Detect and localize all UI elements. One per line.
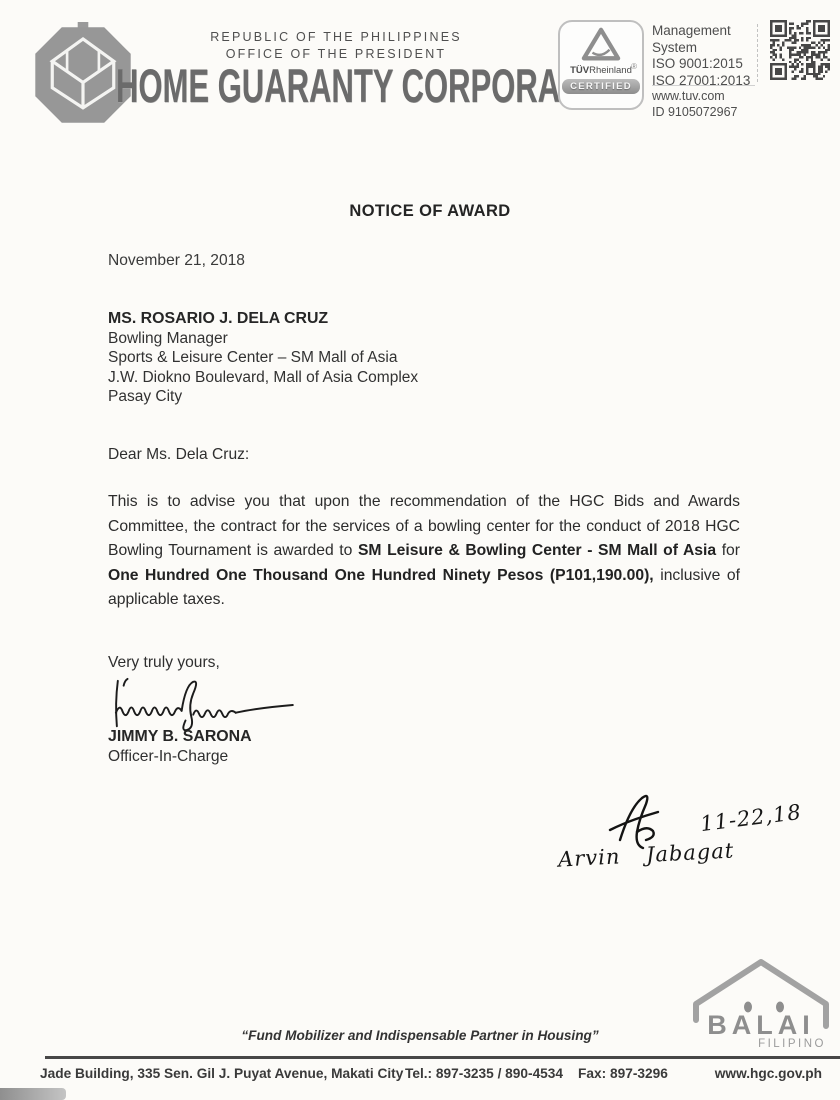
notice-of-award-letter: REPUBLIC OF THE PHILIPPINES OFFICE OF TH… <box>0 0 840 1100</box>
scan-artifact <box>0 1088 66 1100</box>
recipient-address-2: J.W. Diokno Boulevard, Mall of Asia Comp… <box>108 368 418 388</box>
footer-website: www.hgc.gov.ph <box>715 1066 822 1081</box>
letter-title: NOTICE OF AWARD <box>349 202 510 221</box>
badge-underline <box>652 85 755 86</box>
letter-date: November 21, 2018 <box>108 252 245 270</box>
recipient-block: MS. ROSARIO J. DELA CRUZ Bowling Manager… <box>108 309 418 407</box>
recipient-name: MS. ROSARIO J. DELA CRUZ <box>108 309 418 329</box>
tuv-certified-badge: ® TÜVRheinland CERTIFIED <box>558 20 644 110</box>
award-amount: One Hundred One Thousand One Hundred Nin… <box>108 567 654 584</box>
awardee-name: SM Leisure & Bowling Center - SM Mall of… <box>358 542 716 559</box>
footer-phone: Tel.: 897-3235 / 890-4534Fax: 897-3296 <box>405 1066 668 1081</box>
tuv-brand-label: TÜVRheinland <box>570 65 632 76</box>
org-wordmark: HOME GUARANTY CORPORATION <box>116 58 632 113</box>
salutation: Dear Ms. Dela Cruz: <box>108 446 249 464</box>
tuv-triangle-icon <box>579 26 623 64</box>
badge-divider <box>757 24 758 82</box>
recipient-position: Bowling Manager <box>108 329 418 349</box>
handwritten-name: Arvin Jabagat <box>557 838 734 871</box>
signer-name: JIMMY B. SARONA <box>108 728 252 746</box>
signature-icon <box>100 676 300 734</box>
qr-code-icon <box>770 20 830 80</box>
footer-address: Jade Building, 335 Sen. Gil J. Puyat Ave… <box>40 1066 403 1081</box>
recipient-address-1: Sports & Leisure Center – SM Mall of Asi… <box>108 348 418 368</box>
recipient-address-3: Pasay City <box>108 387 418 407</box>
handwritten-date: 11-22,18 <box>699 800 803 836</box>
company-tagline: “Fund Mobilizer and Indispensable Partne… <box>0 1028 840 1043</box>
footer-divider <box>45 1056 840 1059</box>
signer-title: Officer-In-Charge <box>108 748 228 766</box>
letter-body: This is to advise you that upon the reco… <box>108 490 740 613</box>
footer-fax: Fax: 897-3296 <box>578 1066 668 1081</box>
registered-mark: ® <box>631 62 637 71</box>
tuv-contact-text: www.tuv.com ID 9105072967 <box>652 89 738 120</box>
closing-line: Very truly yours, <box>108 654 220 672</box>
iso-certification-text: Management System ISO 9001:2015 ISO 2700… <box>652 23 750 89</box>
republic-line: REPUBLIC OF THE PHILIPPINES <box>118 30 554 44</box>
certified-label: CERTIFIED <box>562 79 640 94</box>
